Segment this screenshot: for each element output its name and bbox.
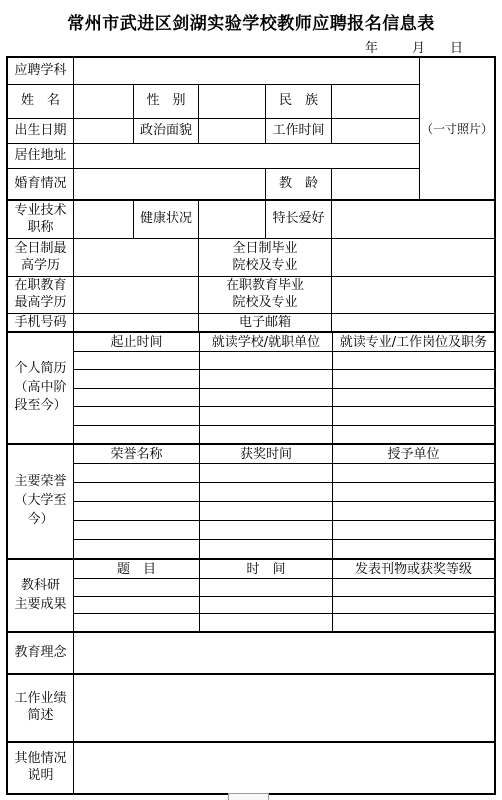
research-cell[interactable]: [199, 579, 332, 596]
resume-col-school: 就读学校/就职单位: [199, 333, 332, 351]
email-label: 电子邮箱: [198, 314, 331, 331]
ethnicity-label: 民 族: [265, 85, 331, 118]
honors-cell[interactable]: [332, 483, 494, 501]
resume-cell[interactable]: [74, 407, 199, 424]
honors-col-time: 获奖时间: [199, 445, 332, 463]
resume-cell[interactable]: [199, 352, 332, 369]
date-line: 年 月 日: [0, 37, 502, 53]
research-col-publication: 发表刊物或获奖等级: [332, 560, 494, 578]
resume-cell[interactable]: [74, 370, 199, 387]
research-cell[interactable]: [199, 614, 332, 631]
address-value-cell[interactable]: [73, 144, 419, 168]
onjob-school-label: 在职教育毕业 院校及专业: [198, 277, 331, 313]
resume-cell[interactable]: [74, 352, 199, 369]
philosophy-value-cell[interactable]: [73, 633, 494, 673]
performance-value-cell[interactable]: [73, 675, 494, 741]
resume-cell[interactable]: [199, 407, 332, 424]
next-page-edge: [228, 793, 269, 800]
research-cell[interactable]: [199, 597, 332, 614]
honors-cell[interactable]: [74, 464, 199, 482]
resume-cell[interactable]: [332, 352, 494, 369]
research-col-title: 题 目: [74, 560, 199, 578]
date-day-label: 日: [450, 37, 463, 56]
marital-value-cell[interactable]: [73, 169, 265, 199]
research-cell[interactable]: [74, 597, 199, 614]
honors-label: 主要荣誉 （大学至 今）: [8, 445, 73, 558]
prof-title-label: 专业技术 职称: [8, 201, 73, 238]
resume-cell[interactable]: [199, 370, 332, 387]
email-value-cell[interactable]: [331, 314, 494, 331]
honors-cell[interactable]: [199, 521, 332, 539]
birth-date-value-cell[interactable]: [73, 119, 133, 143]
photo-cell[interactable]: （一寸照片）: [419, 58, 494, 199]
mobile-value-cell[interactable]: [73, 314, 198, 331]
work-start-label: 工作时间: [265, 119, 331, 143]
health-value-cell[interactable]: [198, 201, 265, 238]
fulltime-degree-label: 全日制最 高学历: [8, 239, 73, 276]
honors-cell[interactable]: [74, 540, 199, 558]
resume-label: 个人简历 （高中阶 段至今）: [8, 333, 73, 443]
honors-cell[interactable]: [332, 521, 494, 539]
honors-cell[interactable]: [199, 540, 332, 558]
other-label: 其他情况 说明: [8, 743, 73, 793]
resume-section: 个人简历 （高中阶 段至今） 起止时间 就读学校/就职单位 就读专业/工作岗位及…: [8, 331, 494, 443]
research-cell[interactable]: [332, 597, 494, 614]
birth-date-label: 出生日期: [8, 119, 73, 143]
honors-cell[interactable]: [74, 521, 199, 539]
ethnicity-value-cell[interactable]: [331, 85, 419, 118]
fulltime-degree-value-cell[interactable]: [73, 239, 198, 276]
honors-cell[interactable]: [74, 483, 199, 501]
work-start-value-cell[interactable]: [331, 119, 419, 143]
political-status-value-cell[interactable]: [198, 119, 265, 143]
resume-cell[interactable]: [332, 389, 494, 406]
honors-cell[interactable]: [332, 502, 494, 520]
teaching-years-value-cell[interactable]: [331, 169, 419, 199]
prof-title-value-cell[interactable]: [73, 201, 133, 238]
resume-cell[interactable]: [199, 389, 332, 406]
marital-label: 婚育情况: [8, 169, 73, 199]
onjob-school-value-cell[interactable]: [331, 277, 494, 313]
gender-value-cell[interactable]: [198, 85, 265, 118]
health-label: 健康状况: [133, 201, 198, 238]
other-value-cell[interactable]: [73, 743, 494, 793]
research-col-time: 时 间: [199, 560, 332, 578]
research-cell[interactable]: [332, 579, 494, 596]
research-cell[interactable]: [74, 614, 199, 631]
fulltime-school-label: 全日制毕业 院校及专业: [198, 239, 331, 276]
basic-info-section: （一寸照片） 应聘学科 姓 名 性 别 民 族 出生日期 政治面貌 工作时间 居…: [8, 58, 494, 199]
resume-cell[interactable]: [199, 426, 332, 443]
fulltime-school-value-cell[interactable]: [331, 239, 494, 276]
honors-section: 主要荣誉 （大学至 今） 荣誉名称 获奖时间 授予单位: [8, 443, 494, 558]
honors-cell[interactable]: [74, 502, 199, 520]
performance-label: 工作业绩 简述: [8, 675, 73, 741]
name-label: 姓 名: [8, 85, 73, 118]
honors-cell[interactable]: [332, 464, 494, 482]
research-cell[interactable]: [74, 579, 199, 596]
political-status-label: 政治面貌: [133, 119, 198, 143]
address-label: 居住地址: [8, 144, 73, 168]
honors-cell[interactable]: [332, 540, 494, 558]
application-form-table: （一寸照片） 应聘学科 姓 名 性 别 民 族 出生日期 政治面貌 工作时间 居…: [6, 56, 496, 795]
onjob-degree-value-cell[interactable]: [73, 277, 198, 313]
resume-cell[interactable]: [332, 407, 494, 424]
gender-label: 性 别: [133, 85, 198, 118]
honors-col-name: 荣誉名称: [74, 445, 199, 463]
hobbies-label: 特长爱好: [265, 201, 331, 238]
research-cell[interactable]: [332, 614, 494, 631]
subject-label: 应聘学科: [8, 58, 73, 84]
honors-col-issuer: 授予单位: [332, 445, 494, 463]
honors-cell[interactable]: [199, 483, 332, 501]
page-title: 常州市武进区剑湖实验学校教师应聘报名信息表: [0, 9, 502, 34]
subject-value-cell[interactable]: [73, 58, 419, 84]
date-year-label: 年: [365, 37, 378, 56]
honors-cell[interactable]: [199, 464, 332, 482]
honors-cell[interactable]: [199, 502, 332, 520]
philosophy-label: 教育理念: [8, 633, 73, 673]
hobbies-value-cell[interactable]: [331, 201, 494, 238]
resume-col-period: 起止时间: [74, 333, 199, 351]
onjob-degree-label: 在职教育 最高学历: [8, 277, 73, 313]
research-section: 教科研 主要成果 题 目 时 间 发表刊物或获奖等级: [8, 558, 494, 631]
resume-cell[interactable]: [74, 389, 199, 406]
date-month-label: 月: [412, 37, 425, 56]
resume-cell[interactable]: [332, 426, 494, 443]
resume-cell[interactable]: [332, 370, 494, 387]
teaching-years-label: 教 龄: [265, 169, 331, 199]
mobile-label: 手机号码: [8, 314, 73, 331]
research-label: 教科研 主要成果: [8, 560, 73, 631]
resume-col-major: 就读专业/工作岗位及职务: [332, 333, 494, 351]
name-value-cell[interactable]: [73, 85, 133, 118]
resume-cell[interactable]: [74, 426, 199, 443]
